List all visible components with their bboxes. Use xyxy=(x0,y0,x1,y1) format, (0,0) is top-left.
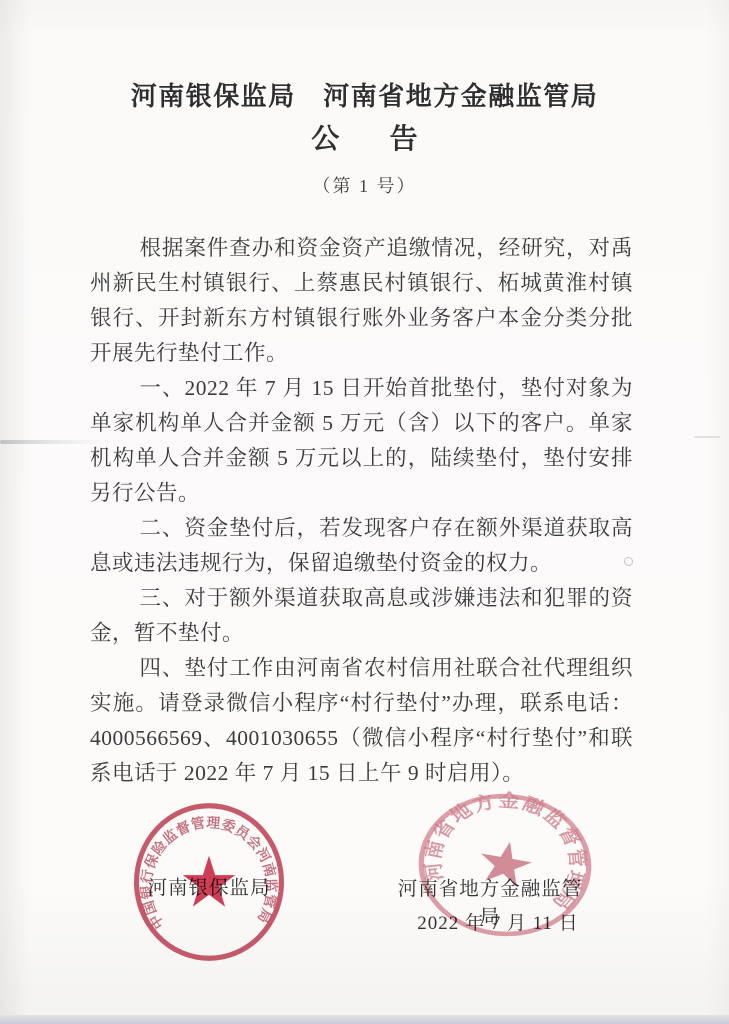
doc-title-line1: 河南银保监局 河南省地方金融监管局 xyxy=(0,80,729,114)
doc-issue-number: （第 1 号） xyxy=(0,172,729,198)
scan-bottom-edge xyxy=(0,1015,729,1024)
paragraph-item-1: 一、2022 年 7 月 15 日开始首批垫付，垫付对象为单家机构单人合并金额 … xyxy=(90,371,633,511)
doc-body: 根据案件查办和资金资产追缴情况，经研究，对禹州新民生村镇银行、上蔡惠民村镇银行、… xyxy=(90,231,633,791)
scanned-notice-page: 河南银保监局 河南省地方金融监管局 公 告 （第 1 号） 根据案件查办和资金资… xyxy=(0,0,729,1024)
scan-speck xyxy=(694,436,720,438)
paragraph-intro: 根据案件查办和资金资产追缴情况，经研究，对禹州新民生村镇银行、上蔡惠民村镇银行、… xyxy=(90,231,633,371)
paragraph-item-4: 四、垫付工作由河南省农村信用社联合社代理组织实施。请登录微信小程序“村行垫付”办… xyxy=(90,651,633,791)
paragraph-item-2: 二、资金垫付后，若发现客户存在额外渠道获取高息或违法违规行为，保留追缴垫付资金的… xyxy=(90,511,633,581)
signature-left-name: 河南银保监局 xyxy=(133,872,285,900)
doc-title-line2: 公 告 xyxy=(0,122,729,158)
doc-header: 河南银保监局 河南省地方金融监管局 公 告 （第 1 号） xyxy=(0,0,729,198)
paragraph-item-3: 三、对于额外渠道获取高息或涉嫌违法和犯罪的资金，暂不垫付。 xyxy=(90,581,633,651)
signature-date: 2022 年 7 月 11 日 xyxy=(408,908,588,935)
